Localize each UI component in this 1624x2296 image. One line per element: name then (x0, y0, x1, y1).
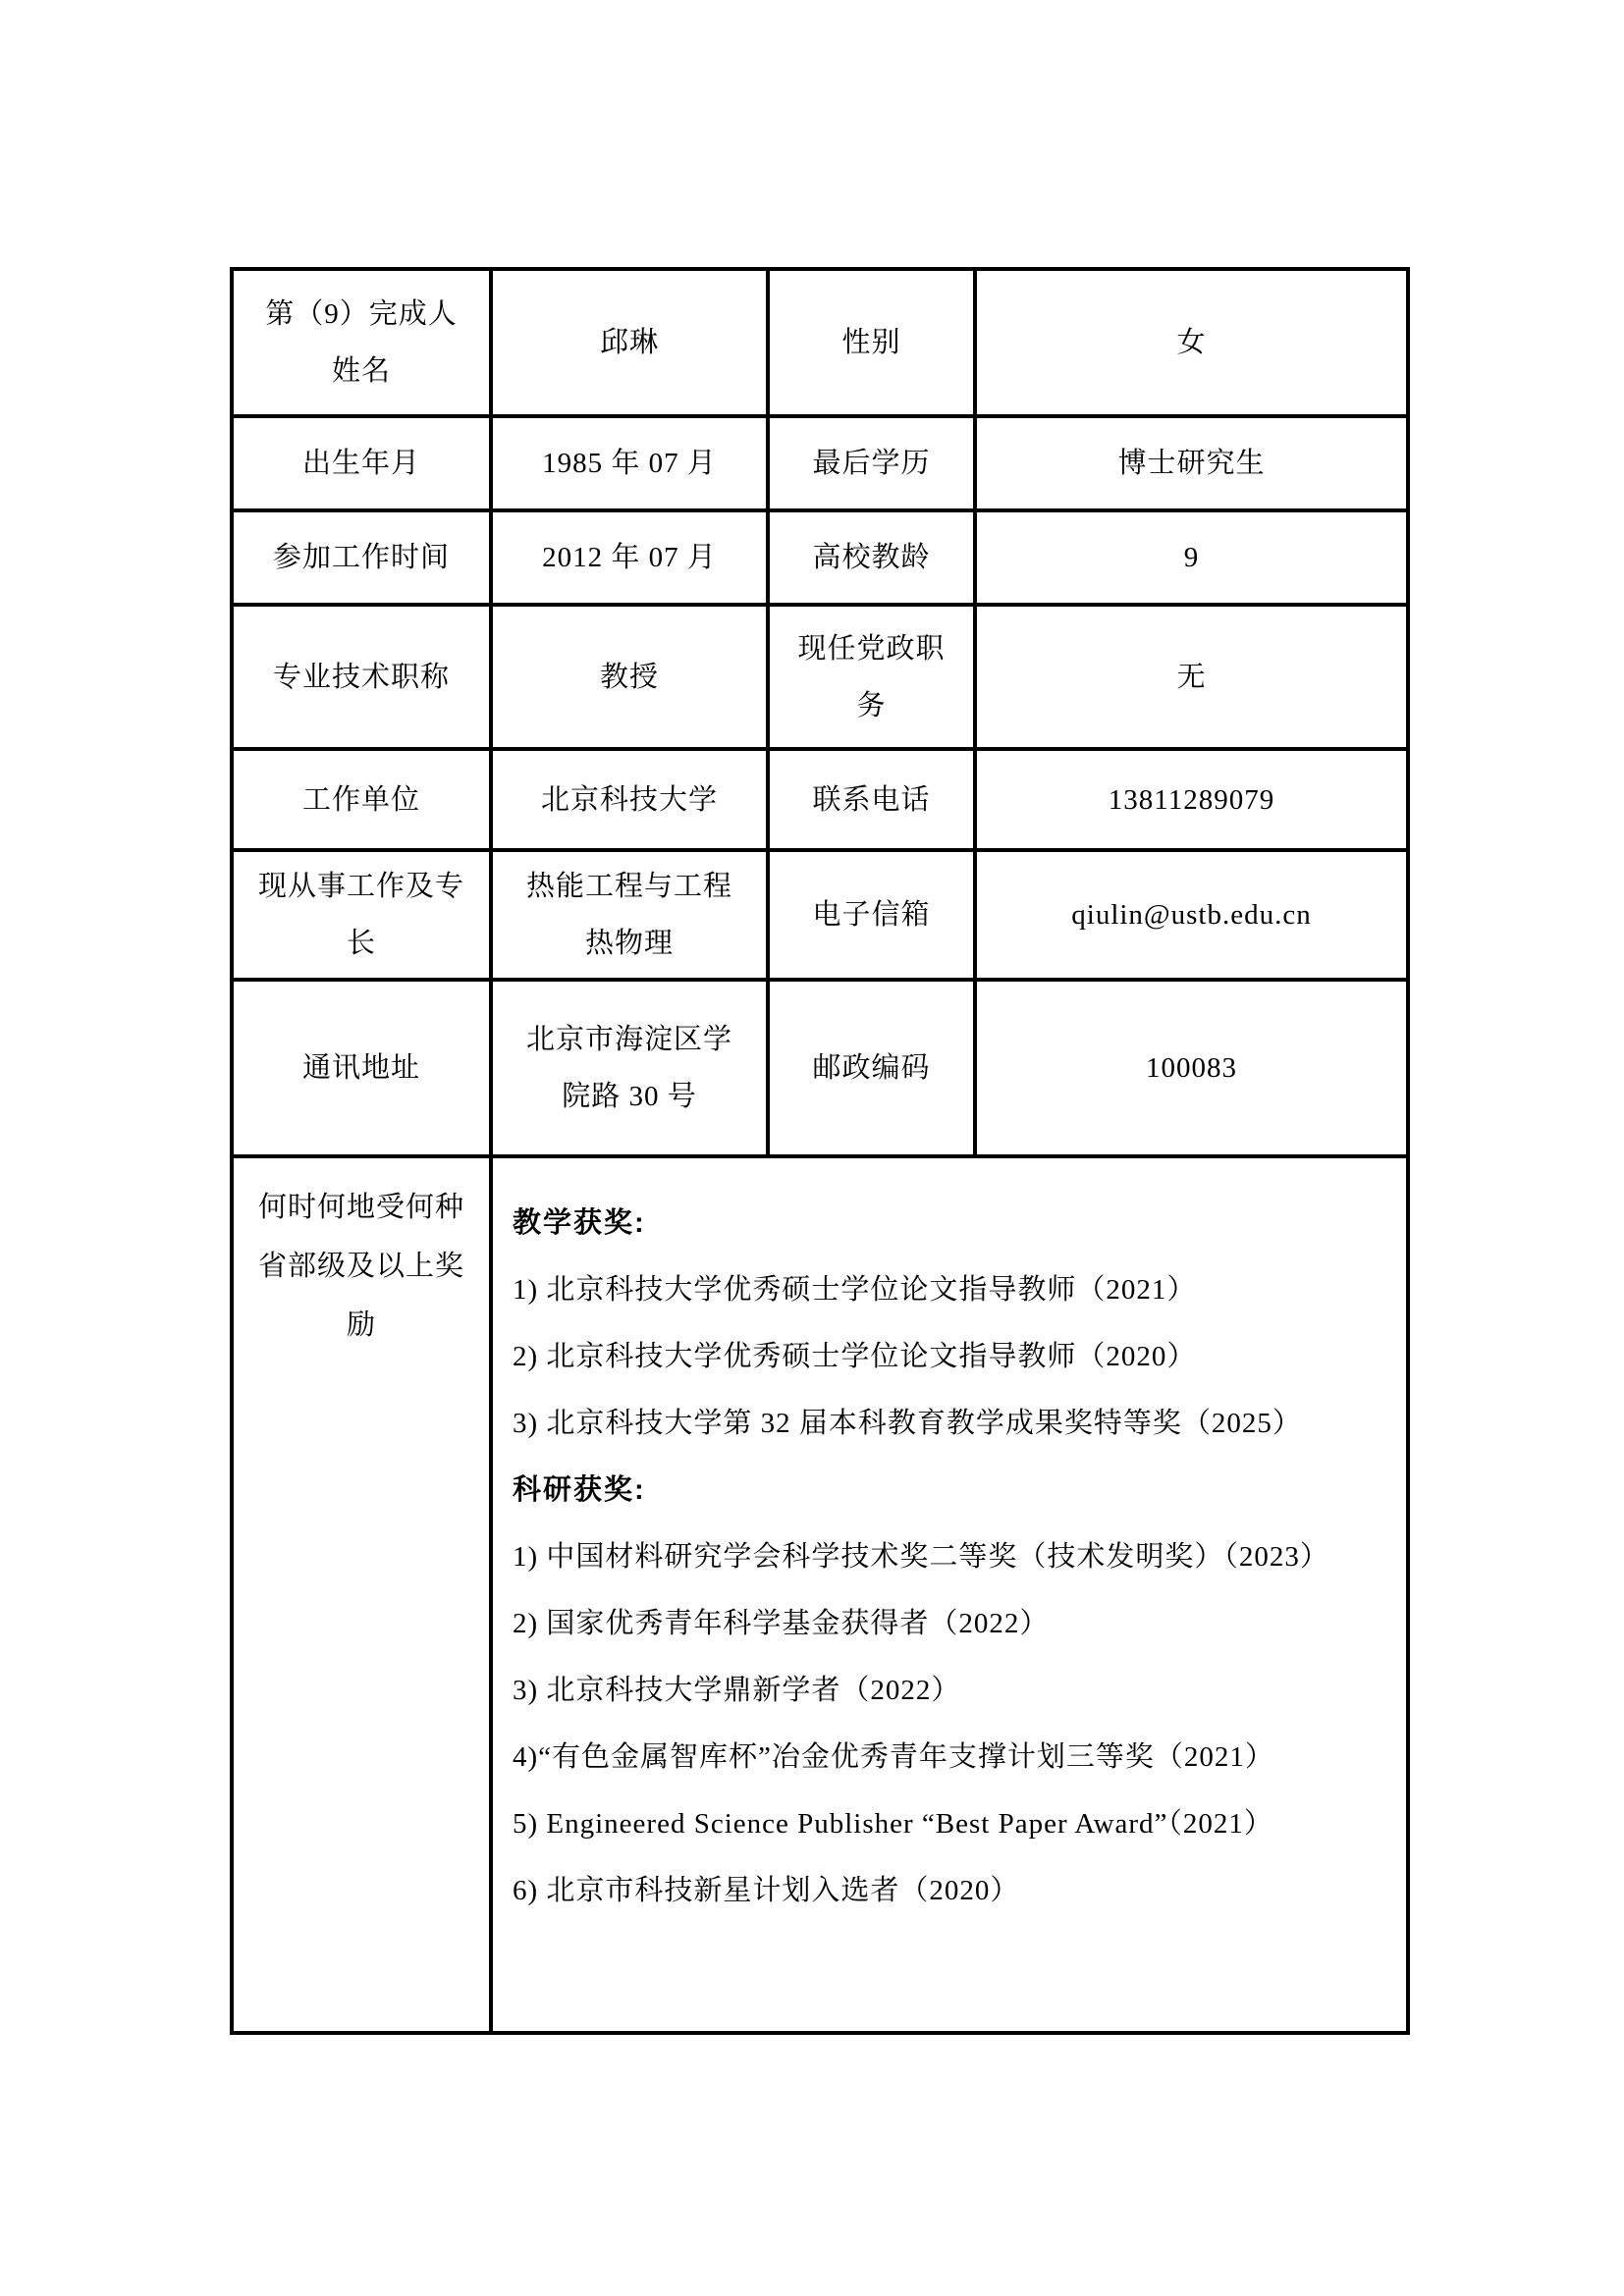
value-party-post: 无 (975, 605, 1408, 749)
label-teaching-years: 高校教龄 (768, 510, 975, 605)
label-postal-code: 邮政编码 (768, 980, 975, 1156)
value-work-start-time: 2012 年 07 月 (491, 510, 768, 605)
label-work-start-time: 参加工作时间 (232, 510, 491, 605)
value-employer: 北京科技大学 (491, 749, 768, 850)
label-awards: 何时何地受何种省部级及以上奖励 (232, 1156, 491, 2033)
value-email: qiulin@ustb.edu.cn (975, 850, 1408, 980)
table-row: 工作单位 北京科技大学 联系电话 13811289079 (232, 749, 1408, 850)
value-gender: 女 (975, 269, 1408, 416)
value-phone: 13811289079 (975, 749, 1408, 850)
table-row: 第（9）完成人姓名 邱琳 性别 女 (232, 269, 1408, 416)
value-completer-name: 邱琳 (491, 269, 768, 416)
label-final-degree: 最后学历 (768, 416, 975, 510)
awards-content: 教学获奖: 1) 北京科技大学优秀硕士学位论文指导教师（2021） 2) 北京科… (491, 1156, 1408, 2033)
label-professional-title: 专业技术职称 (232, 605, 491, 749)
value-professional-title: 教授 (491, 605, 768, 749)
value-specialty: 热能工程与工程热物理 (491, 850, 768, 980)
research-award-item-5: 5) Engineered Science Publisher “Best Pa… (513, 1798, 1380, 1849)
awards-teaching-title: 教学获奖: (513, 1198, 1380, 1249)
label-phone: 联系电话 (768, 749, 975, 850)
label-mailing-address: 通讯地址 (232, 980, 491, 1156)
research-award-item-4: 4)“有色金属智库杯”冶金优秀青年支撑计划三等奖（2021） (513, 1732, 1380, 1783)
table-row: 现从事工作及专长 热能工程与工程热物理 电子信箱 qiulin@ustb.edu… (232, 850, 1408, 980)
label-specialty: 现从事工作及专长 (232, 850, 491, 980)
value-postal-code: 100083 (975, 980, 1408, 1156)
table-row: 出生年月 1985 年 07 月 最后学历 博士研究生 (232, 416, 1408, 510)
table-row-awards: 何时何地受何种省部级及以上奖励 教学获奖: 1) 北京科技大学优秀硕士学位论文指… (232, 1156, 1408, 2033)
research-award-item-3: 3) 北京科技大学鼎新学者（2022） (513, 1665, 1380, 1716)
label-gender: 性别 (768, 269, 975, 416)
table-row: 专业技术职称 教授 现任党政职务 无 (232, 605, 1408, 749)
label-birth-date: 出生年月 (232, 416, 491, 510)
research-award-item-6: 6) 北京市科技新星计划入选者（2020） (513, 1865, 1380, 1916)
awards-research-title: 科研获奖: (513, 1465, 1380, 1516)
value-final-degree: 博士研究生 (975, 416, 1408, 510)
value-teaching-years: 9 (975, 510, 1408, 605)
teaching-award-item-2: 2) 北京科技大学优秀硕士学位论文指导教师（2020） (513, 1331, 1380, 1382)
research-award-item-1: 1) 中国材料研究学会科学技术奖二等奖（技术发明奖）（2023） (513, 1531, 1380, 1582)
label-party-post: 现任党政职务 (768, 605, 975, 749)
value-mailing-address: 北京市海淀区学院路 30 号 (491, 980, 768, 1156)
document-page: 第（9）完成人姓名 邱琳 性别 女 出生年月 1985 年 07 月 最后学历 … (0, 0, 1624, 2296)
teaching-award-item-1: 1) 北京科技大学优秀硕士学位论文指导教师（2021） (513, 1264, 1380, 1315)
table-row: 参加工作时间 2012 年 07 月 高校教龄 9 (232, 510, 1408, 605)
label-employer: 工作单位 (232, 749, 491, 850)
table-row: 通讯地址 北京市海淀区学院路 30 号 邮政编码 100083 (232, 980, 1408, 1156)
teaching-award-item-3: 3) 北京科技大学第 32 届本科教育教学成果奖特等奖（2025） (513, 1398, 1380, 1449)
label-completer-name: 第（9）完成人姓名 (232, 269, 491, 416)
value-birth-date: 1985 年 07 月 (491, 416, 768, 510)
research-award-item-2: 2) 国家优秀青年科学基金获得者（2022） (513, 1598, 1380, 1649)
label-email: 电子信箱 (768, 850, 975, 980)
personnel-info-table: 第（9）完成人姓名 邱琳 性别 女 出生年月 1985 年 07 月 最后学历 … (230, 267, 1410, 2035)
